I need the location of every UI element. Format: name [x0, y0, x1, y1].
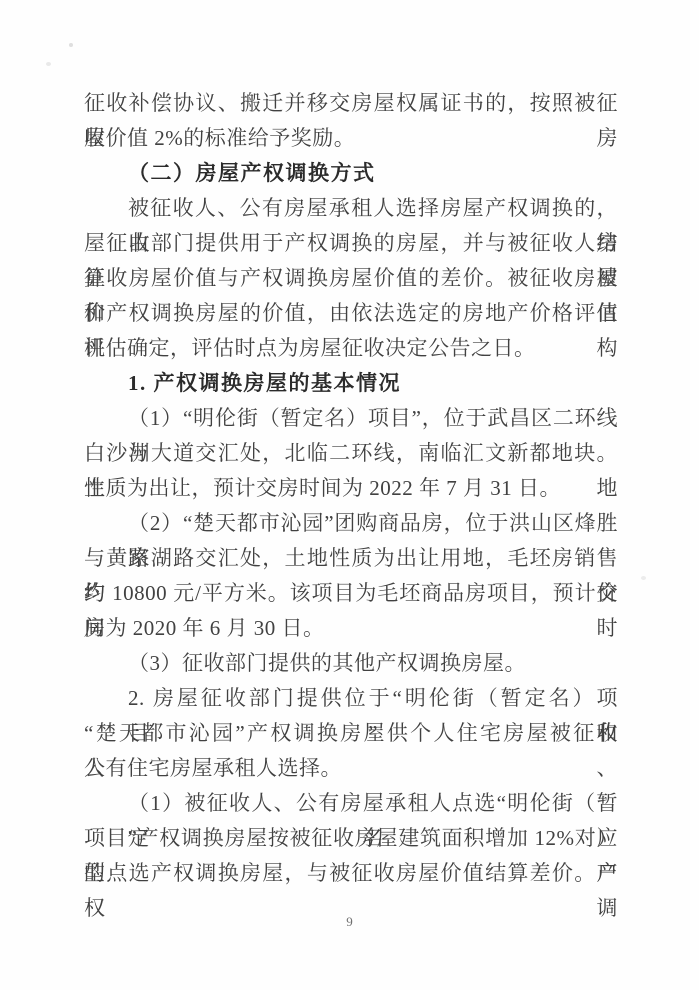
text-line: 被征收人、公有房屋承租人选择房屋产权调换的，由房 — [84, 191, 618, 226]
heading-line: （二）房屋产权调换方式 — [84, 156, 618, 191]
text-line: 和产权调换房屋的价值，由依法选定的房地产价格评估机构 — [84, 296, 618, 331]
text-line: （1）被征收人、公有房屋承租人点选“明伦街（暂定名） — [84, 786, 618, 821]
page-number: 9 — [0, 914, 699, 930]
text-line: 约 10800 元/平方米。该项目为毛坯商品房项目，预计交房时 — [84, 576, 618, 611]
text-line: 2. 房屋征收部门提供位于“明伦街（暂定名）项目”和 — [84, 681, 618, 716]
text-line: “楚天都市沁园”产权调换房屋供个人住宅房屋被征收人、 — [84, 716, 618, 751]
document-page: 征收补偿协议、搬迁并移交房屋权属证书的，按照被征收房屋价值 2%的标准给予奖励。… — [0, 0, 699, 990]
text-line: 征收房屋价值与产权调换房屋价值的差价。被征收房屋价值 — [84, 261, 618, 296]
heading-line: 1. 产权调换房屋的基本情况 — [84, 366, 618, 401]
scan-speck — [641, 576, 646, 580]
text-line: 型点选产权调换房屋，与被征收房屋价值结算差价。产权调 — [84, 856, 618, 891]
text-line: 项目”产权调换房屋按被征收房屋建筑面积增加 12%对应的户 — [84, 821, 618, 856]
text-line: 白沙洲大道交汇处，北临二环线，南临汇文新都地块。土地 — [84, 436, 618, 471]
scan-speck — [46, 62, 51, 66]
text-line: （3）征收部门提供的其他产权调换房屋。 — [84, 646, 618, 681]
text-line: 征收补偿协议、搬迁并移交房屋权属证书的，按照被征收房 — [84, 86, 618, 121]
text-line: 与黄家湖路交汇处，土地性质为出让用地，毛坯房销售均价 — [84, 541, 618, 576]
text-line: 性质为出让，预计交房时间为 2022 年 7 月 31 日。 — [84, 471, 618, 506]
scan-speck — [69, 43, 73, 47]
text-line: （1）“明伦街（暂定名）项目”，位于武昌区二环线与 — [84, 401, 618, 436]
text-line: （2）“楚天都市沁园”团购商品房，位于洪山区烽胜路 — [84, 506, 618, 541]
text-line: 屋征收部门提供用于产权调换的房屋，并与被征收人结算被 — [84, 226, 618, 261]
document-body: 征收补偿协议、搬迁并移交房屋权属证书的，按照被征收房屋价值 2%的标准给予奖励。… — [84, 86, 618, 891]
